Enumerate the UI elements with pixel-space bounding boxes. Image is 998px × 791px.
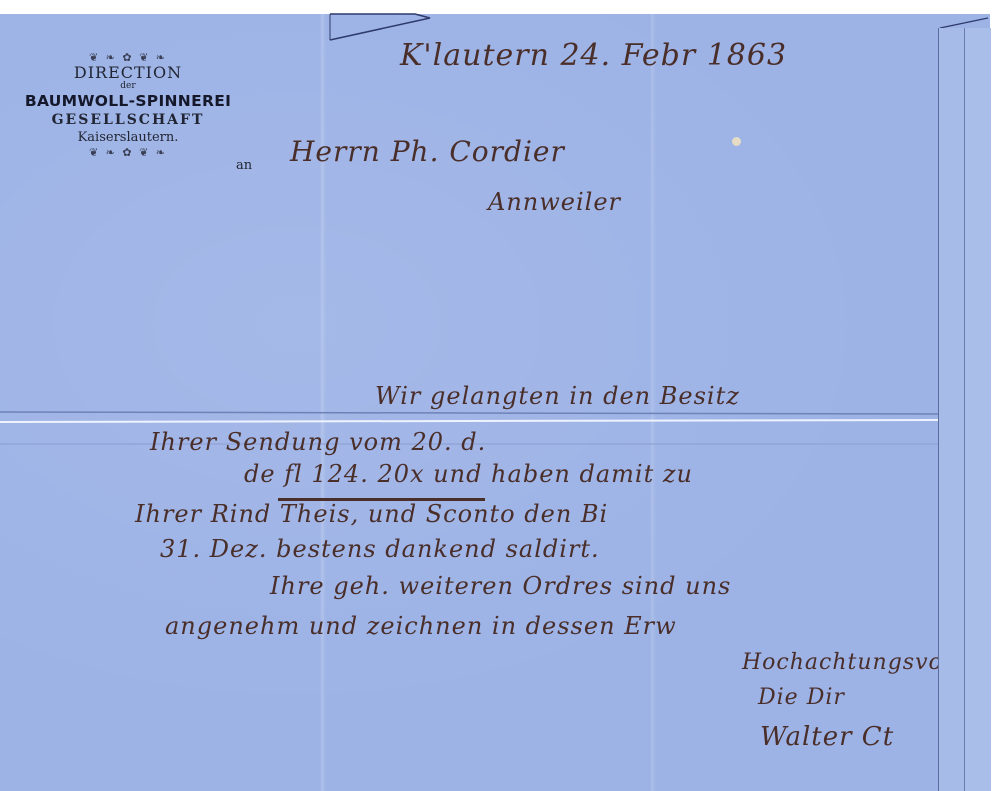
body-line: 31. Dez. bestens dankend saldirt. [160,535,600,563]
signature: Walter Ct [760,722,894,752]
body-line: Ihre geh. weiteren Ordres sind uns [270,572,731,600]
handwriting-area: K'lautern 24. Febr 1863 Herrn Ph. Cordie… [0,0,938,791]
body-line: Ihrer Sendung vom 20. d. [150,428,486,456]
body-line: de fl 124. 20x und haben damit zu [244,460,693,488]
recipient-place: Annweiler [488,188,621,216]
place-date: K'lautern 24. Febr 1863 [400,38,787,73]
body-line: Wir gelangten in den Besitz [375,382,740,410]
closing-line: Hochachtungsvoll [742,650,938,675]
closing-line: Die Dir [758,685,845,710]
folded-edge-strip-outer [964,28,991,791]
body-line: Ihrer Rind Theis, und Sconto den Bi [135,500,608,528]
body-line: angenehm und zeichnen in dessen Erw [165,612,677,640]
recipient-name: Herrn Ph. Cordier [290,135,565,168]
